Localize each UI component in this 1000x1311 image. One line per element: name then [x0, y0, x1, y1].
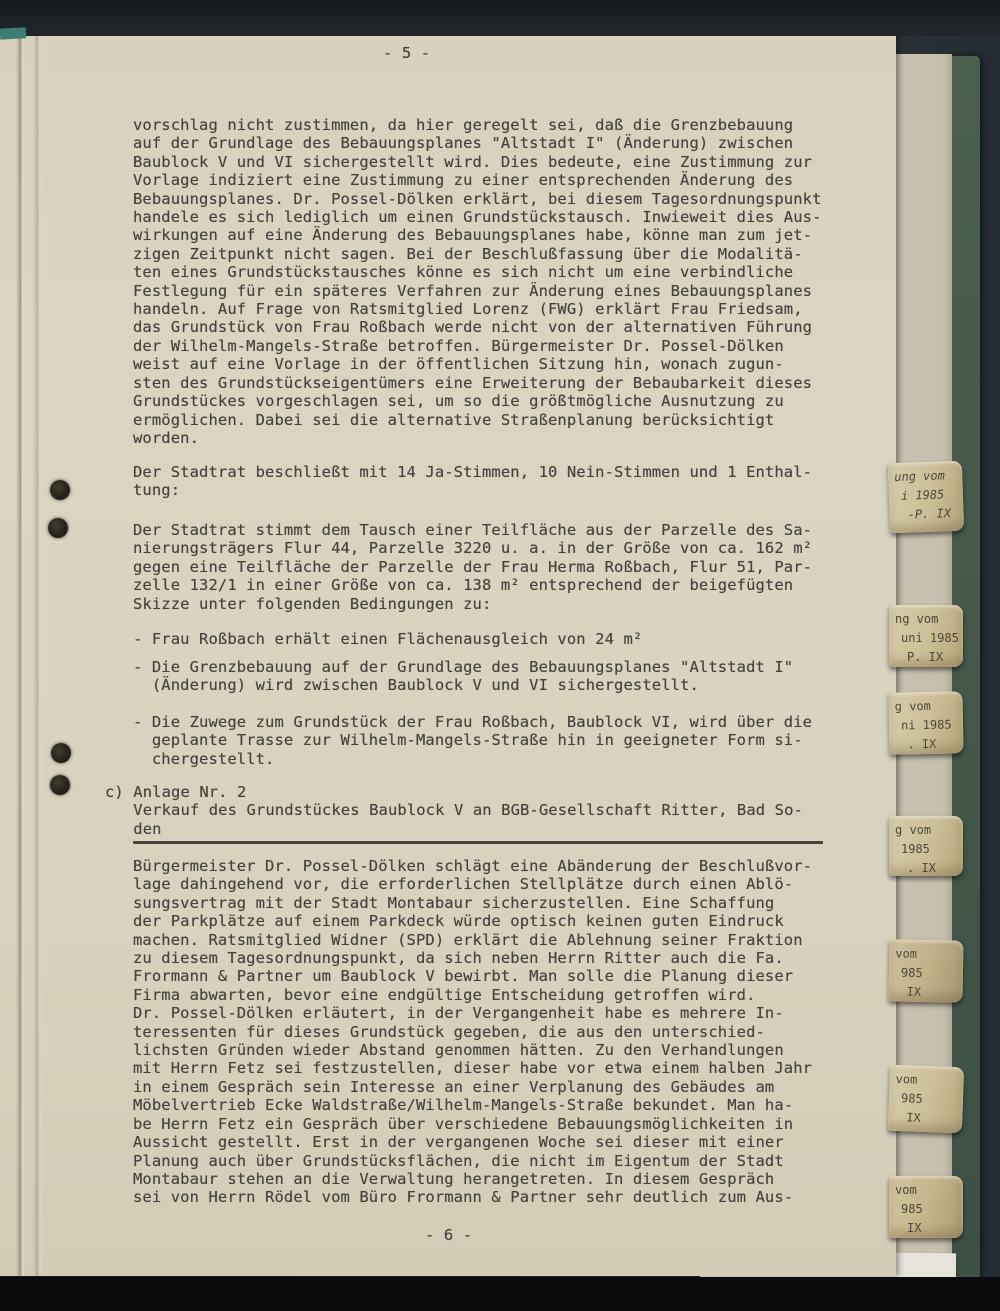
index-tab-1: ung vom i 1985 -P. IX — [888, 461, 964, 534]
paragraph-anlage2-discussion: Bürgermeister Dr. Possel-Dölken schlägt … — [133, 857, 833, 1207]
index-tab-2: ng vom uni 1985 P. IX — [889, 605, 963, 667]
index-tab-3: g vom ni 1985 . IX — [888, 691, 963, 754]
book-top-edge — [0, 0, 1000, 36]
tab-label-line: 1985 — [895, 840, 961, 859]
section-c-heading: c) Anlage Nr. 2 Verkauf des Grundstückes… — [105, 783, 835, 838]
tab-label-line: -P. IX — [895, 504, 962, 525]
tab-label-line: 985 — [895, 1200, 961, 1219]
tab-label-line: g vom — [895, 821, 961, 840]
tab-label-line: IX — [894, 982, 960, 1002]
tab-label-line: P. IX — [895, 648, 961, 667]
index-tab-5: vom 985 IX — [888, 939, 963, 1002]
binder-corner-marker — [0, 27, 26, 39]
condition-item-1: - Frau Roßbach erhält einen Flächenausgl… — [133, 630, 833, 648]
tab-label-line: . IX — [895, 734, 961, 754]
tab-label-line: vom — [895, 1070, 962, 1091]
tab-label-line: . IX — [895, 859, 961, 876]
paragraph-discussion: vorschlag nicht zustimmen, da hier gereg… — [133, 116, 833, 447]
page-fold-shadow — [33, 36, 42, 1276]
index-tab-4: g vom 1985 . IX — [889, 816, 963, 876]
tab-label-line: IX — [895, 1219, 961, 1238]
resolution-text: Der Stadtrat stimmt dem Tausch einer Tei… — [133, 521, 833, 613]
page-number-top: - 5 - — [383, 44, 430, 62]
book-bottom-edge — [0, 1277, 1000, 1311]
tab-label-line: 985 — [895, 1089, 962, 1110]
tab-label-line: i 1985 — [895, 485, 962, 506]
tab-label-line: g vom — [895, 696, 961, 716]
tab-label-line: ng vom — [895, 610, 961, 629]
page-fold-shadow — [16, 36, 25, 1276]
hole-punch — [48, 518, 68, 538]
scanned-document-photo: - 5 - vorschlag nicht zustimmen, da hier… — [0, 0, 1000, 1311]
hole-punch — [51, 743, 71, 763]
index-tab-7: vom 985 IX — [889, 1176, 963, 1238]
condition-item-3: - Die Zuwege zum Grundstück der Frau Roß… — [133, 713, 833, 768]
tab-label-line: vom — [895, 944, 961, 964]
hole-punch — [50, 480, 70, 500]
hole-punch — [50, 775, 70, 795]
tab-label-line: 985 — [895, 963, 961, 983]
section-c-underline — [133, 841, 823, 844]
condition-item-2: - Die Grenzbebauung auf der Grundlage de… — [133, 658, 833, 695]
page-number-bottom: - 6 - — [425, 1226, 472, 1244]
tab-label-line: uni 1985 — [895, 629, 961, 648]
tab-label-line: IX — [894, 1108, 961, 1129]
resolution-vote-line: Der Stadtrat beschließt mit 14 Ja-Stimme… — [133, 463, 833, 500]
tab-label-line: ung vom — [894, 466, 961, 487]
tab-label-line: ni 1985 — [895, 715, 961, 735]
tab-label-line: vom — [895, 1181, 961, 1200]
index-tab-6: vom 985 IX — [888, 1065, 964, 1134]
